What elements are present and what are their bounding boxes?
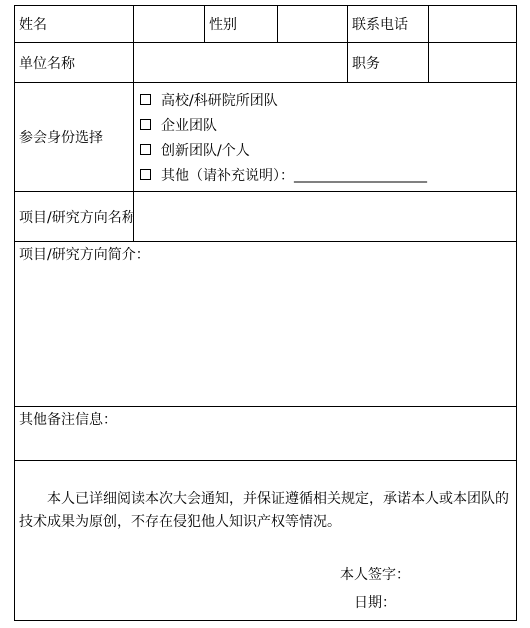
remarks-label: 其他备注信息： [19, 412, 117, 428]
registration-form-table: 姓名 性别 联系电话 单位名称 职务 参会身份选择 高校/科研院所团队 企业团队 [14, 5, 517, 621]
name-input-cell[interactable] [134, 6, 205, 43]
option-label: 其他（请补充说明）： [161, 165, 294, 185]
org-input-cell[interactable] [134, 43, 348, 83]
gender-input-cell[interactable] [278, 6, 348, 43]
job-title-label: 职务 [348, 43, 429, 83]
row-identity: 参会身份选择 高校/科研院所团队 企业团队 创新团队/个人 其他（请补充说明）： [15, 83, 517, 192]
option-label: 高校/科研院所团队 [161, 90, 278, 110]
gender-label: 性别 [205, 6, 278, 43]
option-label: 企业团队 [161, 115, 217, 135]
option-label: 创新团队/个人 [161, 140, 250, 160]
signature-label[interactable]: 本人签字： [340, 564, 512, 587]
phone-input-cell[interactable] [429, 6, 517, 43]
identity-label: 参会身份选择 [15, 83, 134, 192]
project-name-input-cell[interactable] [134, 192, 517, 242]
row-basic-1: 姓名 性别 联系电话 [15, 6, 517, 43]
other-fill-in-blank[interactable]: ___________________ [294, 167, 427, 183]
project-name-label: 项目/研究方向名称 [15, 192, 134, 242]
date-label[interactable]: 日期： [354, 592, 512, 615]
checkbox-icon[interactable] [140, 119, 151, 130]
project-intro-label: 项目/研究方向简介： [19, 247, 150, 263]
option-other[interactable]: 其他（请补充说明）： ___________________ [140, 162, 512, 187]
phone-label: 联系电话 [348, 6, 429, 43]
row-remarks: 其他备注信息： [15, 407, 517, 461]
option-innovation-team[interactable]: 创新团队/个人 [140, 137, 512, 162]
checkbox-icon[interactable] [140, 94, 151, 105]
checkbox-icon[interactable] [140, 169, 151, 180]
identity-options-cell: 高校/科研院所团队 企业团队 创新团队/个人 其他（请补充说明）： ______… [134, 83, 517, 192]
row-project-name: 项目/研究方向名称 [15, 192, 517, 242]
job-title-input-cell[interactable] [429, 43, 517, 83]
org-label: 单位名称 [15, 43, 134, 83]
option-enterprise-team[interactable]: 企业团队 [140, 112, 512, 137]
checkbox-list: 高校/科研院所团队 企业团队 创新团队/个人 其他（请补充说明）： ______… [138, 85, 512, 189]
checkbox-icon[interactable] [140, 144, 151, 155]
remarks-cell[interactable]: 其他备注信息： [15, 407, 517, 461]
declaration-text: 本人已详细阅读本次大会通知，并保证遵循相关规定，承诺本人或本团队的技术成果为原创… [19, 488, 512, 534]
name-label: 姓名 [15, 6, 134, 43]
option-university-team[interactable]: 高校/科研院所团队 [140, 87, 512, 112]
row-declaration: 本人已详细阅读本次大会通知，并保证遵循相关规定，承诺本人或本团队的技术成果为原创… [15, 461, 517, 621]
row-project-intro: 项目/研究方向简介： [15, 242, 517, 407]
declaration-cell: 本人已详细阅读本次大会通知，并保证遵循相关规定，承诺本人或本团队的技术成果为原创… [15, 461, 517, 621]
row-basic-2: 单位名称 职务 [15, 43, 517, 83]
project-intro-cell[interactable]: 项目/研究方向简介： [15, 242, 517, 407]
